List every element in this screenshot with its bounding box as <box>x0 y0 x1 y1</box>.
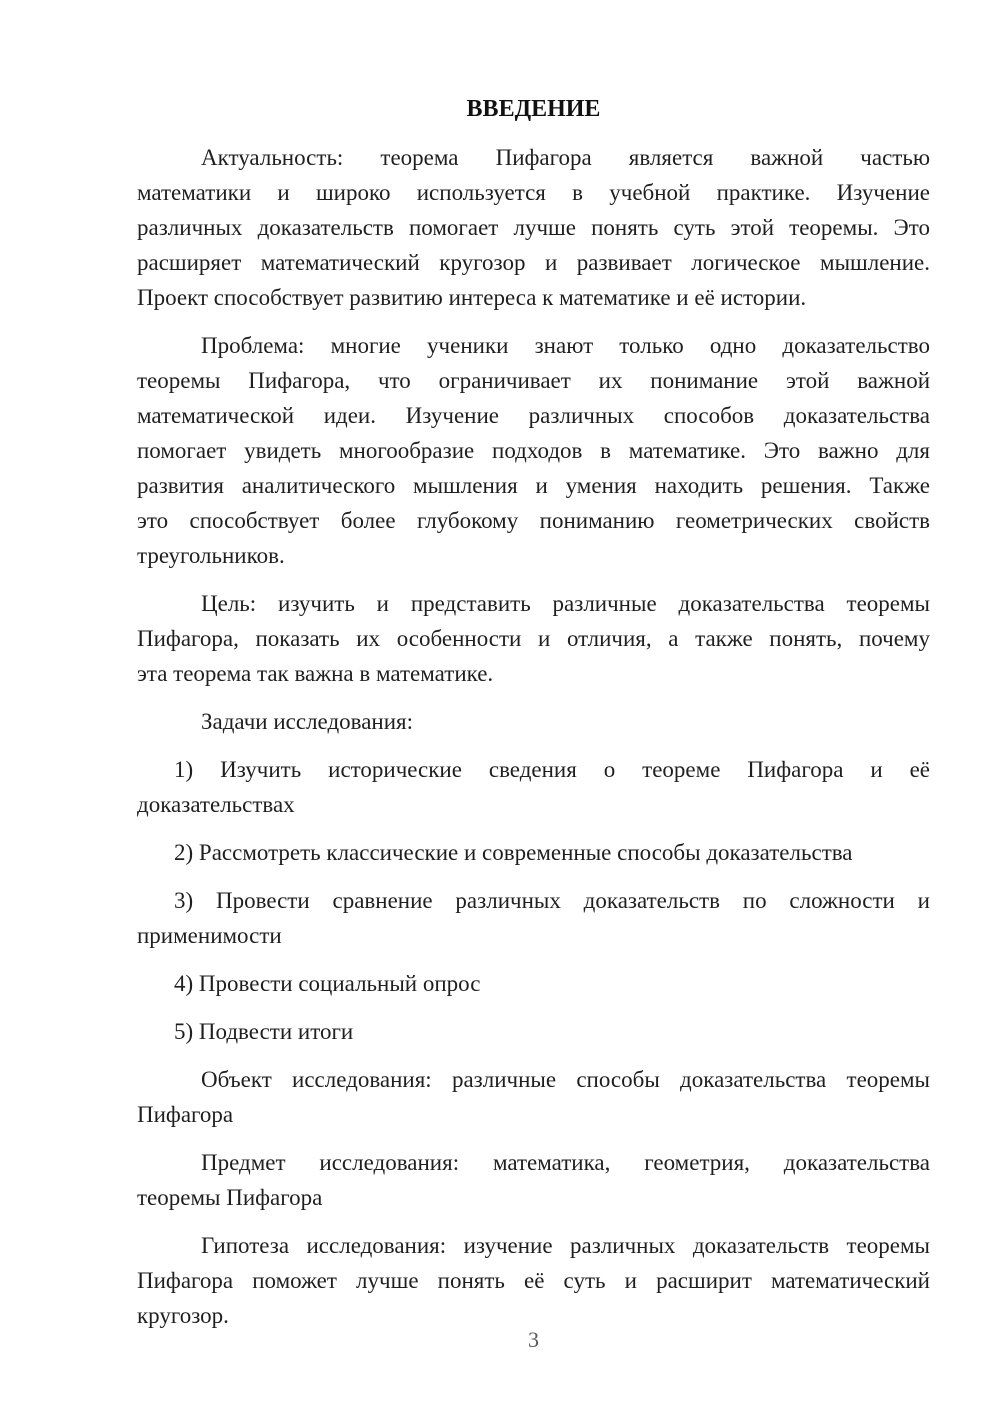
paragraph: Объект исследования: различные способы д… <box>137 1062 930 1132</box>
paragraph: Проблема: многие ученики знают только од… <box>137 328 930 573</box>
paragraph: Предмет исследования: математика, геомет… <box>137 1145 930 1215</box>
text-line: Актуальность: теорема Пифагора является … <box>137 140 930 175</box>
list-item: 1) Изучить исторические сведения о теоре… <box>137 752 930 822</box>
text-line: треугольников. <box>137 538 930 573</box>
text-line: Задачи исследования: <box>137 704 930 739</box>
text-line: это способствует более глубокому пониман… <box>137 503 930 538</box>
text-line: 3) Провести сравнение различных доказате… <box>137 883 930 918</box>
text-line: 2) Рассмотреть классические и современны… <box>137 835 930 870</box>
text-line: Пифагора поможет лучше понять её суть и … <box>137 1263 930 1298</box>
text-line: доказательствах <box>137 787 930 822</box>
page-title: ВВЕДЕНИЕ <box>137 92 930 127</box>
text-line: применимости <box>137 918 930 953</box>
text-line: математической идеи. Изучение различных … <box>137 398 930 433</box>
paragraph: Задачи исследования: <box>137 704 930 739</box>
paragraph: Гипотеза исследования: изучение различны… <box>137 1228 930 1333</box>
text-line: теоремы Пифагора, что ограничивает их по… <box>137 363 930 398</box>
text-line: Проект способствует развитию интереса к … <box>137 280 930 315</box>
text-line: развития аналитического мышления и умени… <box>137 468 930 503</box>
document-content: ВВЕДЕНИЕ Актуальность: теорема Пифагора … <box>137 92 930 1346</box>
text-line: Пифагора <box>137 1097 930 1132</box>
document-page: ВВЕДЕНИЕ Актуальность: теорема Пифагора … <box>0 0 1000 1414</box>
text-line: Цель: изучить и представить различные до… <box>137 586 930 621</box>
page-number: 3 <box>137 1322 930 1357</box>
text-line: различных доказательств помогает лучше п… <box>137 210 930 245</box>
document-body: Актуальность: теорема Пифагора является … <box>137 140 930 1333</box>
list-item: 4) Провести социальный опрос <box>137 966 930 1001</box>
text-line: эта теорема так важна в математике. <box>137 656 930 691</box>
text-line: расширяет математический кругозор и разв… <box>137 245 930 280</box>
list-item: 2) Рассмотреть классические и современны… <box>137 835 930 870</box>
text-line: 4) Провести социальный опрос <box>137 966 930 1001</box>
text-line: Предмет исследования: математика, геомет… <box>137 1145 930 1180</box>
text-line: Проблема: многие ученики знают только од… <box>137 328 930 363</box>
paragraph: Цель: изучить и представить различные до… <box>137 586 930 691</box>
list-item: 5) Подвести итоги <box>137 1014 930 1049</box>
text-line: помогает увидеть многообразие подходов в… <box>137 433 930 468</box>
paragraph: Актуальность: теорема Пифагора является … <box>137 140 930 315</box>
text-line: 5) Подвести итоги <box>137 1014 930 1049</box>
text-line: Гипотеза исследования: изучение различны… <box>137 1228 930 1263</box>
text-line: Пифагора, показать их особенности и отли… <box>137 621 930 656</box>
text-line: теоремы Пифагора <box>137 1180 930 1215</box>
text-line: математики и широко используется в учебн… <box>137 175 930 210</box>
list-item: 3) Провести сравнение различных доказате… <box>137 883 930 953</box>
text-line: 1) Изучить исторические сведения о теоре… <box>137 752 930 787</box>
text-line: Объект исследования: различные способы д… <box>137 1062 930 1097</box>
